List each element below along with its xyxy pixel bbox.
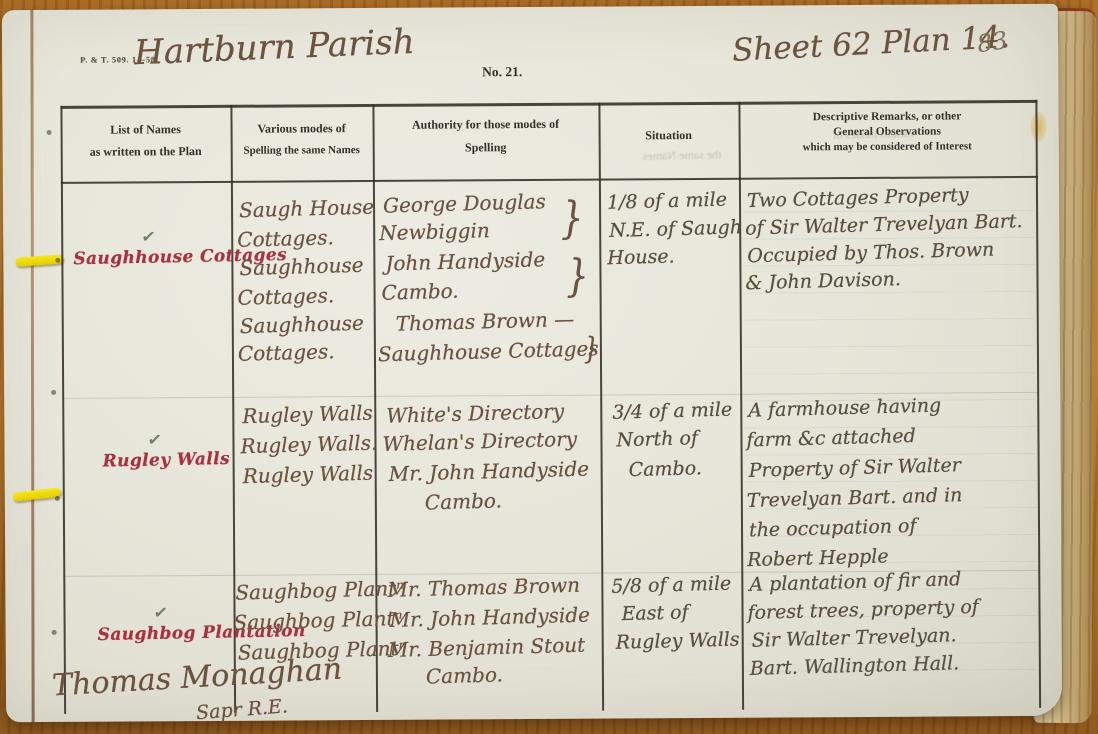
authority-line: Mr. Benjamin Stout [388, 635, 586, 660]
remarks-line: the occupation of [749, 517, 917, 541]
binding-crease [30, 10, 34, 722]
surveyor-rank: Sapr R.E. [196, 697, 289, 723]
paper-sheet: P. & T. 509. 1—58. Hartburn Parish No. 2… [2, 4, 1062, 722]
spelling-line: Rugley Walls [242, 403, 373, 427]
col-header-situation: Situation [599, 129, 739, 143]
authority-line: Mr. John Handyside [389, 605, 590, 630]
sheet-number-printed: No. 21. [457, 65, 547, 80]
authority-line: John Handyside [385, 249, 545, 273]
bleedthrough-text: Various modes of [832, 126, 916, 143]
checkmark: ✓ [152, 602, 169, 624]
remarks-line: farm &c attached [746, 427, 916, 451]
stitch-hole [55, 496, 60, 501]
sheet-plan-label-handwritten: Sheet 62 Plan 14. [731, 22, 1010, 67]
situation-line: East of [621, 603, 689, 624]
parish-title-handwritten: Hartburn Parish [133, 25, 415, 70]
brace-glyph: } [561, 197, 584, 241]
surveyor-signature: Thomas Monaghan [51, 655, 343, 702]
situation-line: 3/4 of a mile [612, 401, 732, 423]
situation-line: Cambo. [628, 459, 702, 480]
authority-line: Mr. Thomas Brown [387, 575, 580, 600]
header-bottom-border [61, 176, 1038, 184]
stitch-hole [52, 630, 57, 635]
col-header-names-line1: List of Names [61, 123, 231, 137]
binding-tie [12, 487, 61, 501]
authority-line: Mr. John Handyside [388, 459, 589, 484]
remarks-line: & John Davison. [745, 270, 901, 293]
col-header-authority-line2: Spelling [373, 141, 599, 156]
remarks-line: Robert Hepple [747, 547, 889, 570]
situation-line: House. [607, 247, 675, 268]
spelling-line: Saughbog Plantⁿ [235, 578, 404, 603]
col-header-remarks-line1: Descriptive Remarks, or other [738, 110, 1035, 124]
stitch-hole [55, 258, 60, 263]
column-divider [598, 103, 604, 711]
authority-line: Cambo. [425, 490, 503, 512]
situation-line: North of [616, 429, 698, 450]
situation-line: N.E. of Saugh [609, 218, 742, 241]
page-number-pencil: 83 [975, 28, 1009, 57]
bleedthrough-text: the same Names [643, 147, 722, 164]
spelling-line: Rugley Walls [242, 463, 373, 487]
authority-line: Newbiggin [379, 220, 490, 243]
spelling-line: Saugh House [239, 197, 375, 221]
authority-line: Whelan's Directory [382, 429, 577, 454]
brace-glyph: } [566, 255, 589, 299]
checkmark: ✓ [146, 429, 163, 451]
spelling-line: Saughbog Plantⁿ [233, 608, 402, 633]
table-border-left [60, 106, 66, 714]
scanned-name-book-page: P. & T. 509. 1—58. Hartburn Parish No. 2… [0, 0, 1098, 734]
spelling-line: Cottages. [237, 285, 334, 308]
authority-line: White's Directory [386, 401, 564, 426]
spelling-line: Cottages. [237, 227, 334, 250]
spelling-line: Saughhouse [240, 313, 365, 336]
remarks-line: A farmhouse having [748, 396, 941, 420]
authority-line: George Douglas [383, 191, 546, 215]
plan-name-red: Rugley Walls [102, 449, 230, 472]
col-header-authority-line1: Authority for those modes of [373, 118, 599, 133]
spelling-line: Rugley Walls. [240, 433, 377, 457]
situation-line: Rugley Walls [615, 630, 739, 652]
situation-line: 5/8 of a mile [611, 575, 731, 597]
authority-line: Cambo. [381, 281, 459, 303]
authority-line: Thomas Brown — [396, 309, 575, 334]
checkmark: ✓ [140, 226, 157, 248]
brace-glyph: } [584, 335, 599, 365]
situation-line: 1/8 of a mile [607, 191, 727, 213]
spelling-line: Cottages. [238, 341, 335, 364]
col-header-spelling-line1: Various modes of [231, 122, 373, 136]
spelling-line: Saughhouse [239, 255, 364, 278]
stitch-hole [47, 130, 52, 135]
col-header-remarks-line3: which may be considered of Interest [739, 140, 1036, 154]
stitch-hole [51, 390, 56, 395]
table-top-border [60, 100, 1037, 109]
authority-line: Cambo. [426, 664, 504, 686]
authority-line: Saughhouse Cottages [378, 338, 599, 364]
col-header-names-line2: as written on the Plan [61, 145, 231, 159]
col-header-spelling-line2: Spelling the same Names [231, 144, 373, 157]
